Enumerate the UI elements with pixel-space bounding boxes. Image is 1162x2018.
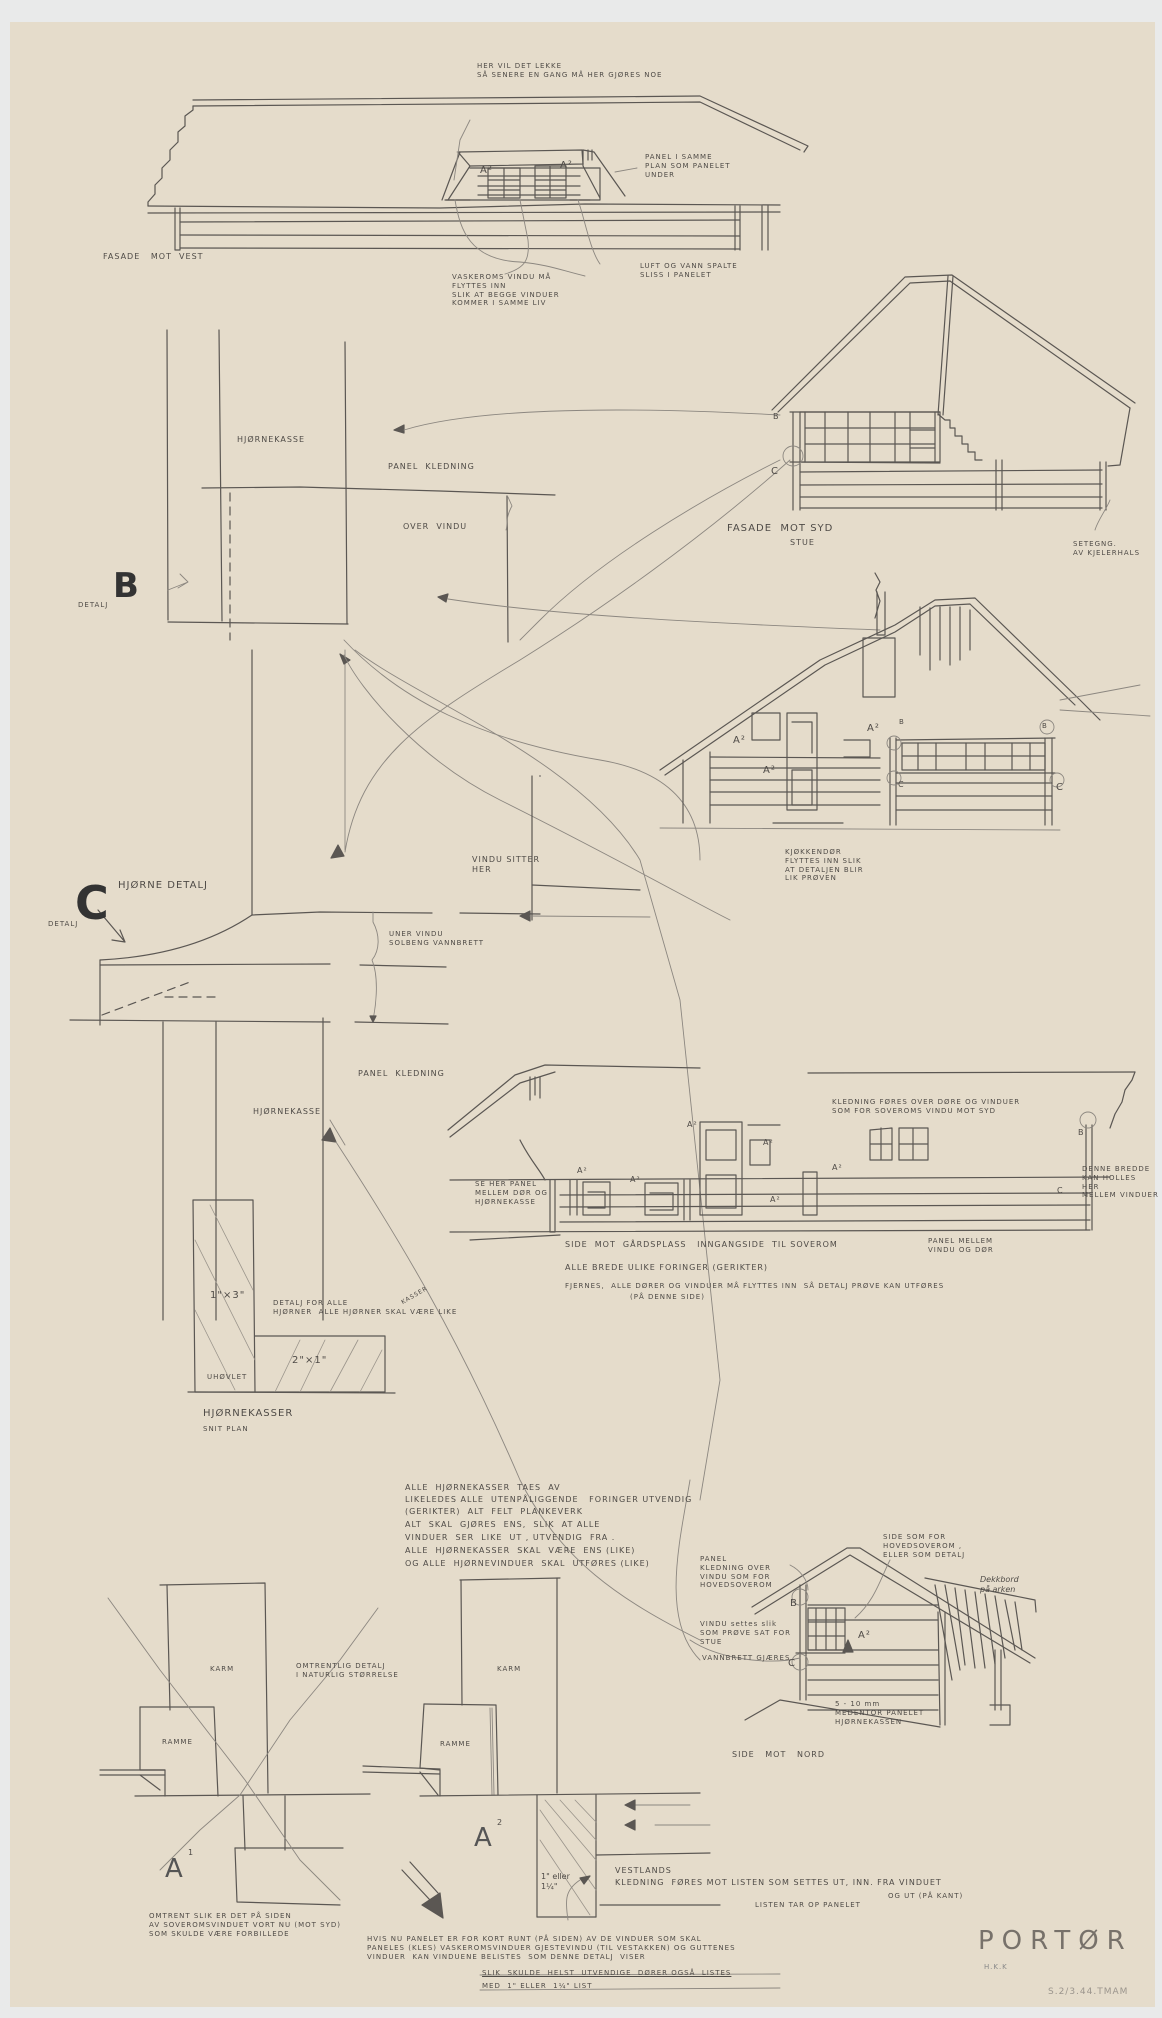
yard-note-between: PANEL MELLEM VINDU OG DØR [928,1237,994,1255]
west-note-window: VASKEROMS VINDU MÅ FLYTTES INN SLIK AT B… [452,273,560,308]
detail-b-over-window: OVER VINDU [403,522,467,532]
north-facade-label: SIDE MOT NORD [732,1750,825,1760]
north-marker-b: B [790,1598,798,1611]
west-note-vent: LUFT OG VANN SPALTE SLISS I PANELET [640,262,738,280]
a2-caption-underlined-1: SLIK SKULDE HELST UTVENDIGE DØRER OGSÅ L… [482,1969,731,1978]
yard-marker-b: B [1078,1128,1085,1138]
a1-frame-label: KARM [210,1665,234,1674]
south-facade-sublabel: STUE [790,538,815,548]
a2-superscript: 2 [497,1818,503,1828]
yard-marker-a2-6: A² [832,1163,843,1173]
general-note-line: LIKELEDES ALLE UTENPÅLIGGENDE FORINGER U… [405,1495,692,1505]
yard-marker-a2-5: A² [770,1195,781,1205]
a2-frame-label: KARM [497,1665,521,1674]
west-marker-a2-2: A² [560,160,573,173]
drawing-sheet: HER VIL DET LEKKE SÅ SENERE EN GANG MÅ H… [0,0,1162,2018]
yard-remark-1: ALLE BREDE ULIKE FORINGER (GERIKTER) [565,1263,768,1273]
kitchen-marker-c-1: C [898,780,905,790]
corner-note: DETALJ FOR ALLE HJØRNER ALLE HJØRNER SKA… [273,1299,457,1317]
west-marker-a2-1: A² [480,165,493,178]
yard-note-right: DENNE BREDDE KAN HOLLES HER MELLEM VINDU… [1082,1165,1159,1200]
west-facade-label: FASADE MOT VEST [103,252,204,262]
yard-remark-2: FJERNES, ALLE DØRER OG VINDUER MÅ FLYTTE… [565,1282,944,1291]
yard-facade-label: SIDE MOT GÅRDSPLASS INNGANGSIDE TIL SOVE… [565,1240,838,1250]
document-initials: H.K.K [984,1963,1008,1972]
yard-marker-a2-3: A² [687,1120,698,1130]
north-note-side: SIDE SOM FOR HOVEDSOVEROM , ELLER SOM DE… [883,1533,965,1559]
a2-sash-label: RAMME [440,1740,471,1749]
detail-b-prefix: DETALJ [78,601,108,610]
detail-c-corner-box: HJØRNEKASSE [253,1107,321,1117]
kitchen-marker-c-2: C [1056,782,1064,795]
yard-note-left: SE HER PANEL MELLEM DØR OG HJØRNEKASSE [475,1180,548,1206]
general-note-line: VINDUER SER LIKE UT , UTVENDIG FRA . [405,1533,615,1543]
detail-c-prefix: DETALJ [48,920,78,929]
west-note-top: HER VIL DET LEKKE SÅ SENERE EN GANG MÅ H… [477,62,662,80]
a1-superscript: 1 [188,1848,194,1858]
detail-b-letter: B [113,565,139,608]
detail-c-title: HJØRNE DETALJ [118,880,208,893]
general-note-line: ALLE HJØRNEKASSER SKAL VÆRE ENS (LIKE) [405,1546,635,1556]
north-marker-c: C [788,1658,796,1671]
a2-note-cladding-1: VESTLANDS [615,1866,672,1876]
north-note-roof: Dekkbord på arken [980,1575,1019,1595]
detail-b-panel: PANEL KLEDNING [388,462,475,472]
a1-sash-label: RAMME [162,1738,193,1747]
north-note-sill: VANNBRETT GJÆRES [702,1654,790,1663]
north-note-gap: 5 - 10 mm MEDENTOR PANELET HJØRNEKASSEN [835,1700,924,1726]
kitchen-note: KJØKKENDØR FLYTTES INN SLIK AT DETALJEN … [785,848,864,883]
a2-dim: 1" eller 1¼" [541,1872,570,1892]
a1-letter: A [165,1853,183,1886]
south-marker-c: C [771,466,779,479]
yard-marker-a2-2: A² [630,1175,641,1185]
corner-dim-horizontal: 2"×1" [292,1355,327,1368]
general-note-line: (GERIKTER) ALT FELT PLANKEVERK [405,1507,583,1517]
north-marker-a2: A² [858,1630,871,1643]
yard-marker-c: C [1057,1186,1064,1196]
yard-marker-a2-1: A² [577,1166,588,1176]
kitchen-marker-b-2: B [1042,722,1048,731]
detail-b-corner-box: HJØRNEKASSE [237,435,305,445]
general-note-line: ALLE HJØRNEKASSER TAES AV [405,1483,561,1493]
kitchen-marker-a2-3: A² [867,723,880,736]
a2-note-cladding-2: KLEDNING FØRES MOT LISTEN SOM SETTES UT,… [615,1878,942,1888]
a1-caption: OMTRENT SLIK ER DET PÅ SIDEN AV SOVEROMS… [149,1912,341,1938]
west-note-panel: PANEL I SAMME PLAN SOM PANELET UNDER [645,153,731,179]
a2-note-cladding-3: OG UT (PÅ KANT) [888,1892,963,1901]
detail-c-letter: C [75,875,109,933]
corner-unplaned: UHØVLET [207,1373,247,1382]
a2-caption: HVIS NU PANELET ER FOR KORT RUNT (PÅ SID… [367,1935,736,1961]
south-note: SETEGNG. AV KJELERHALS [1073,540,1140,558]
archive-stamp: S.2/3.44.TMAM [1048,1987,1128,1998]
detail-c-panel: PANEL KLEDNING [358,1069,445,1079]
a2-letter: A [474,1822,492,1855]
general-note-line: OG ALLE HJØRNEVINDUER SKAL UTFØRES (LIKE… [405,1559,650,1569]
north-note-cladding: PANEL KLEDNING OVER VINDU SOM FOR HOVEDS… [700,1555,773,1590]
yard-remark-3: (PÅ DENNE SIDE) [630,1293,705,1302]
corner-label: HJØRNEKASSER [203,1408,293,1421]
a2-note-cladding-4: LISTEN TAR OP PANELET [755,1901,861,1910]
corner-dim-vertical: 1"×3" [210,1290,245,1303]
south-facade-label: FASADE MOT SYD [727,523,833,536]
yard-marker-a2-4: A² [763,1138,774,1148]
a1-scale-note: OMTRENTLIG DETALJ I NATURLIG STØRRELSE [296,1662,399,1680]
south-marker-b: B [773,412,780,422]
a2-caption-underlined-2: MED 1" ELLER 1¼" LIST [482,1982,593,1991]
detail-c-window-here: VINDU SITTER HER [472,855,540,875]
corner-sublabel: SNIT PLAN [203,1425,249,1434]
kitchen-marker-a2-2: A² [763,765,776,778]
detail-c-under-window: UNER VINDU SOLBENG VANNBRETT [389,930,484,948]
yard-note-cladding: KLEDNING FØRES OVER DØRE OG VINDUER SOM … [832,1098,1020,1116]
general-note-line: ALT SKAL GJØRES ENS, SLIK AT ALLE [405,1520,600,1530]
kitchen-marker-b-1: B [899,718,905,727]
kitchen-marker-a2-1: A² [733,735,746,748]
document-title: PORTØR [978,1925,1133,1958]
north-note-window: VINDU settes slik SOM PRØVE SAT FOR STUE [700,1620,791,1646]
